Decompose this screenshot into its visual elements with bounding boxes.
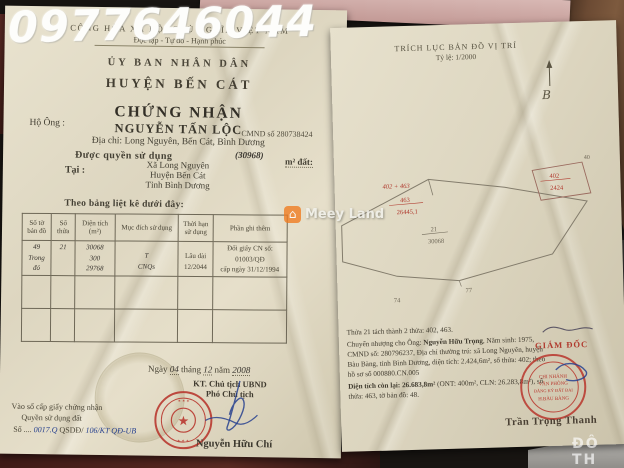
table-empty-row: [22, 275, 287, 310]
register-handwritten-1: 0017.Q: [34, 425, 58, 434]
at-province: Tỉnh Bình Dương: [93, 179, 263, 191]
date-year-label: năm: [215, 365, 231, 375]
parcel-table: Số tờ bản đồ Số thửa Diện tích (m²) Mục …: [21, 213, 288, 343]
director-signature: [534, 316, 616, 408]
area-sub2: 29768: [77, 263, 112, 274]
area-total: 30068: [78, 242, 113, 253]
map-sheet-value: 49: [25, 242, 49, 253]
col-map-sheet: Số tờ bản đồ: [22, 213, 51, 240]
cell-purpose: T CNQs: [115, 241, 179, 276]
parcel-value: 21: [54, 242, 73, 253]
note-line2-prefix: Chuyển nhượng cho Ông:: [347, 339, 424, 349]
north-label: B: [542, 88, 551, 102]
purpose1: T: [117, 250, 176, 261]
cell-area: 30068 300 29768: [75, 241, 115, 276]
table-data-row: 49 Trong đó 21 30068 300 29768 T CNQs: [22, 240, 287, 276]
note1: Đổi giấy CN số: 01003/QĐ: [215, 243, 284, 264]
note2: cấp ngày 31/12/1994: [215, 264, 284, 275]
left-signer-name: Nguyễn Hữu Chí: [149, 438, 319, 451]
area-unit: m² đất:: [285, 157, 313, 168]
brand-watermark: ⌂ Meey Land: [284, 206, 384, 223]
date-month-label: tháng: [181, 364, 201, 374]
table-header-row: Số tờ bản đồ Số thửa Diện tích (m²) Mục …: [22, 213, 287, 242]
date-prefix: Ngày: [148, 364, 168, 374]
col-notes: Phần ghi thêm: [213, 215, 287, 243]
note-line3: Diện tích còn lại: 26.683,8m² (ONT: 400m…: [348, 377, 546, 403]
cell-term: Lâu dài 12/2044: [178, 241, 213, 276]
corner-watermark: ĐÔ TH: [572, 436, 624, 468]
photo-of-land-certificate: g thay đổi và cơ sở pháp lý CỘNG HÒA XÃ …: [0, 0, 624, 468]
register-handwritten-2: 106/KT QĐ-UB: [85, 426, 136, 436]
register-no-label: Số: [13, 425, 22, 434]
col-area: Diện tích (m²): [75, 214, 115, 241]
map-sheet-sub: Trong đó: [24, 252, 48, 273]
holder-prefix: Hộ Ông :: [29, 118, 65, 128]
col-purpose: Mục đích sử dụng: [115, 214, 179, 241]
pencil-parcel: 21: [430, 226, 437, 233]
register-line2: Quyền sử dụng đất: [21, 413, 82, 423]
red-parcel-left: 463: [400, 197, 410, 204]
brand-watermark-text: Meey Land: [305, 207, 384, 222]
register-line1: Vào sổ cấp giấy chứng nhận: [11, 402, 102, 412]
red-annotation-top: 402 + 463: [383, 183, 411, 191]
pencil-area: 30068: [428, 238, 444, 245]
area-number: (30968): [235, 150, 264, 160]
corner-number-40: 40: [584, 155, 590, 161]
col-parcel: Số thửa: [51, 214, 75, 241]
area-sub1: 300: [77, 253, 112, 264]
remaining-area: Diện tích còn lại: 26.683,8m²: [348, 381, 435, 391]
red-parcel-right: 402: [549, 173, 559, 180]
issuer-line2: HUYỆN BẾN CÁT: [64, 74, 294, 93]
corner-number-77: 77: [465, 287, 472, 294]
red-area-left: 26445,1: [397, 209, 418, 217]
house-icon: ⌂: [284, 206, 301, 223]
table-intro: Theo bảng liệt kê dưới đây:: [64, 198, 184, 210]
table-empty-row: [21, 308, 286, 343]
north-arrow: B: [539, 60, 564, 107]
transferee-name: Nguyễn Hữu Trọng: [423, 337, 483, 347]
at-label: Tại :: [65, 164, 85, 175]
chairman-signature: [187, 374, 268, 437]
transfer-note: Thửa 21 tách thành 2 thửa: 402, 463. Chu…: [347, 322, 547, 404]
term2: 12/2044: [181, 261, 211, 272]
certificate-left-page: CỘNG HÒA XÃ HỘI CHỦ NGHĨA VIỆT NAM Độc l…: [0, 6, 347, 459]
register-number-line: Số .... 0017.Q QSDĐ/ 106/KT QĐ-UB: [13, 425, 136, 436]
purpose2: CNQs: [117, 261, 176, 272]
note-line2: Chuyển nhượng cho Ông: Nguyễn Hữu Trọng,…: [347, 334, 546, 380]
cell-map-sheet: 49 Trong đó: [22, 240, 51, 275]
register-mid-label: QSDĐ/: [59, 425, 83, 434]
col-term: Thời hạn sử dụng: [178, 214, 213, 241]
cell-notes: Đổi giấy CN số: 01003/QĐ cấp ngày 31/12/…: [213, 242, 287, 277]
date-day: 04: [170, 364, 179, 375]
phone-number-watermark: 0977646044: [8, 0, 318, 53]
issuer-line1: ỦY BAN NHÂN DÂN: [64, 56, 294, 70]
parcel-sketch: 402 + 463 402 2424 463 26445,1 21 30068 …: [336, 149, 603, 324]
cell-parcel: 21: [51, 241, 75, 276]
term1: Lâu dài: [181, 251, 211, 262]
red-area-right: 2424: [550, 185, 564, 192]
address-line: Địa chỉ: Long Nguyên, Bến Cát, Bình Dươn…: [53, 135, 303, 148]
map-extract-right-page: TRÍCH LỤC BẢN ĐỒ VỊ TRÍ Tỷ lệ: 1/2000 B …: [330, 20, 624, 452]
corner-number-74: 74: [394, 297, 401, 304]
right-signer-name: Trần Trọng Thanh: [481, 414, 621, 429]
